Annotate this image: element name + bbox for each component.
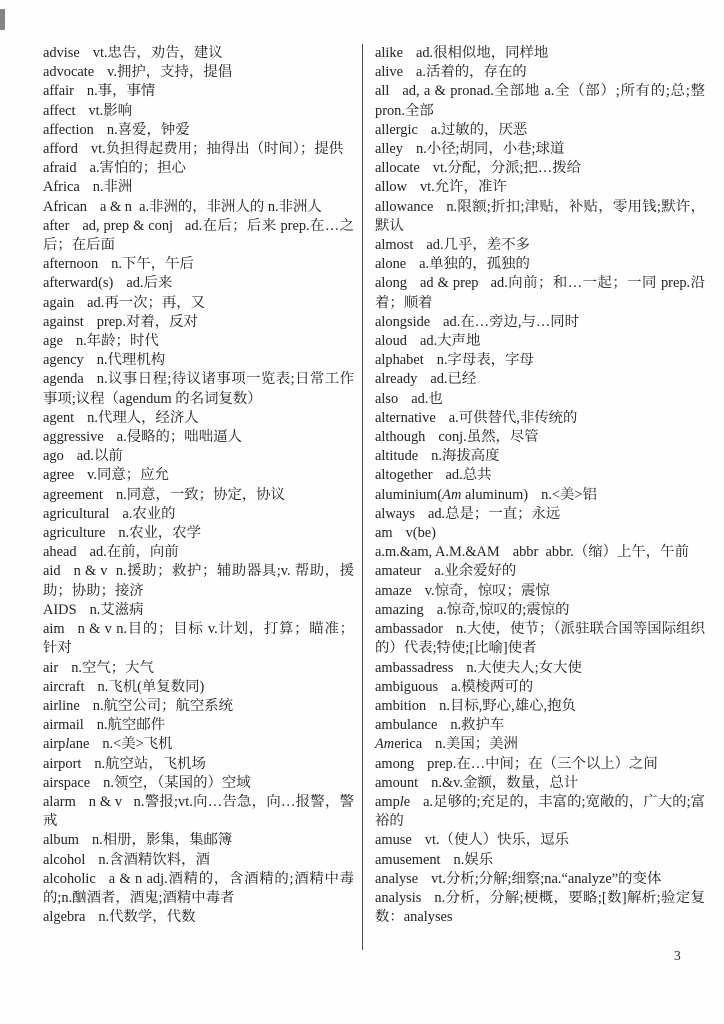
entry-definition: a.足够的;充足的，丰富的;宽敞的，广大的;富裕的 (375, 794, 705, 829)
entry-definition: a.惊奇,惊叹的;震惊的 (437, 602, 570, 618)
entry-word: African (43, 199, 87, 215)
entry-word: alphabet (375, 352, 424, 368)
dict-entry: alongsidead.在…旁边,与…同时 (375, 313, 705, 332)
entry-definition: vt.允许，准许 (420, 179, 507, 195)
entry-word: afternoon (43, 256, 98, 272)
dict-entry: alleyn.小径;胡同，小巷;球道 (375, 140, 705, 159)
right-column: alikead.很相似地，同样地alivea.活着的，存在的allad, a &… (375, 44, 705, 927)
dict-entry: airlinen.航空公司；航空系统 (43, 697, 354, 716)
entry-definition: a.可供替代,非传统的 (449, 410, 578, 426)
dict-entry: affectvt.影响 (43, 102, 354, 121)
dict-entry: alikead.很相似地，同样地 (375, 44, 705, 63)
entry-word: advise (43, 45, 80, 61)
entry-definition: vt.忠告，劝告，建议 (93, 45, 223, 61)
dict-entry: amateura.业余爱好的 (375, 562, 705, 581)
dict-entry: airspacen.领空，（某国的）空域 (43, 774, 354, 793)
entry-definition: ad.总共 (446, 467, 492, 483)
entry-definition: a.过敏的，厌恶 (431, 122, 527, 138)
scan-artifact (0, 9, 5, 30)
entry-word: altitude (375, 448, 418, 464)
entry-definition: ad, a & pronad.全部地 a.全（部）;所有的;总;整 pron.全… (375, 83, 709, 118)
entry-definition: v.同意；应允 (87, 467, 169, 483)
entry-definition: ad.大声地 (420, 333, 480, 349)
entry-word: already (375, 371, 417, 387)
dict-entry: affordvt.负担得起费用；抽得出（时间）；提供 (43, 140, 354, 159)
dict-entry: African.非洲 (43, 178, 354, 197)
entry-definition: a.业余爱好的 (434, 563, 516, 579)
dict-entry: ambitionn.目标,野心,雄心,抱负 (375, 697, 705, 716)
entry-word: airmail (43, 717, 84, 733)
dict-entry: afterad, prep & conj ad.在后；后来 prep.在…之后；… (43, 217, 354, 255)
entry-definition: n.代数学，代数 (98, 909, 195, 925)
entry-word: age (43, 333, 63, 349)
entry-definition: vt.负担得起费用；抽得出（时间）；提供 (91, 141, 343, 157)
dict-entry: a.m.&am, A.M.&AMabbr abbr.（缩）上午，午前 (375, 543, 705, 562)
entry-word: alternative (375, 410, 436, 426)
entry-definition: n.代理机构 (97, 352, 165, 368)
dict-entry: alreadyad.已经 (375, 370, 705, 389)
entry-definition: prep.对着，反对 (97, 314, 198, 330)
dict-entry: agencyn.代理机构 (43, 351, 354, 370)
dict-entry: alphabetn.字母表，字母 (375, 351, 705, 370)
dict-entry: altogetherad.总共 (375, 466, 705, 485)
entry-word: ahead (43, 544, 77, 560)
dict-entry: airn.空气；大气 (43, 659, 354, 678)
dict-entry: albumn.相册，影集，集邮簿 (43, 831, 354, 850)
dict-entry: airmailn.航空邮件 (43, 716, 354, 735)
dict-entry: amusevt.（使人）快乐，逗乐 (375, 831, 705, 850)
entry-definition: a.单独的，孤独的 (419, 256, 530, 272)
entry-definition: n & v n.目的；目标 v.计划，打算；瞄准；针对 (43, 621, 354, 656)
dict-entry: aluminium(Am aluminum)n.<美>铝 (375, 486, 705, 505)
entry-word: Africa (43, 179, 80, 195)
entry-definition: n.领空，（某国的）空域 (103, 775, 251, 791)
entry-word: alive (375, 64, 403, 80)
dict-entry: aimn & v n.目的；目标 v.计划，打算；瞄准；针对 (43, 620, 354, 658)
entry-word: allowance (375, 199, 433, 215)
dict-entry: alarmn & v n.警报;vt.向…告急，向…报警，警戒 (43, 793, 354, 831)
entry-word: aluminium(Am aluminum) (375, 487, 528, 503)
dict-entry: alwaysad.总是；一直；永远 (375, 505, 705, 524)
entry-definition: ad.几乎，差不多 (426, 237, 530, 253)
entry-definition: ad.后来 (126, 275, 172, 291)
entry-definition: n.航空邮件 (97, 717, 165, 733)
dict-entry: altituden.海拔高度 (375, 447, 705, 466)
entry-word: amusement (375, 852, 441, 868)
entry-definition: a & n a.非洲的，非洲人的 n.非洲人 (100, 199, 322, 215)
entry-definition: n.议事日程;待议诸事项一览表;日常工作事项;议程（agendum 的名词复数） (43, 371, 354, 406)
dict-entry: ambulancen.救护车 (375, 716, 705, 735)
entry-word: against (43, 314, 84, 330)
dict-entry: airplanen.<美>飞机 (43, 735, 354, 754)
entry-word: amateur (375, 563, 421, 579)
entry-word: ago (43, 448, 64, 464)
entry-word: ambassador (375, 621, 443, 637)
dict-entry: aheadad.在前，向前 (43, 543, 354, 562)
entry-word: afterward(s) (43, 275, 113, 291)
entry-word: amount (375, 775, 418, 791)
entry-definition: n.字母表，字母 (437, 352, 534, 368)
entry-definition: conj.虽然，尽管 (438, 429, 538, 445)
entry-definition: ad.在…旁边,与…同时 (443, 314, 579, 330)
dict-entry: affectionn.喜爱，钟爱 (43, 121, 354, 140)
dict-entry: airportn.航空站，飞机场 (43, 755, 354, 774)
entry-definition: v(be) (406, 525, 436, 541)
entry-definition: n.相册，影集，集邮簿 (92, 832, 232, 848)
dict-entry: allad, a & pronad.全部地 a.全（部）;所有的;总;整 pro… (375, 82, 705, 120)
entry-word: aim (43, 621, 65, 637)
entry-word: among (375, 756, 414, 772)
dictionary-page: advisevt.忠告，劝告，建议advocatev.拥护，支持，提倡affai… (0, 0, 724, 1024)
entry-word: ambiguous (375, 679, 438, 695)
dict-entry: Africana & n a.非洲的，非洲人的 n.非洲人 (43, 198, 354, 217)
entry-definition: n & v n.警报;vt.向…告急，向…报警，警戒 (43, 794, 354, 829)
entry-definition: n.喜爱，钟爱 (107, 122, 190, 138)
entry-word: again (43, 295, 74, 311)
entry-definition: a.活着的，存在的 (416, 64, 527, 80)
dict-entry: aidn & v n.援助；救护；辅助器具;v. 帮助，援助；协助；接济 (43, 562, 354, 600)
entry-word: am (375, 525, 393, 541)
entry-word: aid (43, 563, 61, 579)
entry-word: affection (43, 122, 94, 138)
entry-definition: a.模棱两可的 (451, 679, 533, 695)
entry-definition: n.农业，农学 (118, 525, 201, 541)
dict-entry: agen.年龄；时代 (43, 332, 354, 351)
dict-entry: amusementn.娱乐 (375, 851, 705, 870)
dict-entry: agriculturen.农业，农学 (43, 524, 354, 543)
dict-entry: ambiguousa.模棱两可的 (375, 678, 705, 697)
dict-entry: alongad & prep ad.向前；和…一起；一同 prep.沿着；顺着 (375, 274, 705, 312)
entry-definition: vt.分析;分解;细察;na.“analyze”的变体 (431, 871, 661, 887)
entry-definition: vt.影响 (88, 103, 132, 119)
entry-word: afford (43, 141, 78, 157)
dict-entry: advisevt.忠告，劝告，建议 (43, 44, 354, 63)
entry-definition: v.惊奇，惊叹；震惊 (425, 583, 550, 599)
entry-definition: a.害怕的；担心 (90, 160, 186, 176)
entry-definition: n.分析，分解;梗概，要略;[数]解析;验定复数：analyses (375, 890, 705, 925)
dict-entry: analysevt.分析;分解;细察;na.“analyze”的变体 (375, 870, 705, 889)
entry-word: alcoholic (43, 871, 96, 887)
dict-entry: allergica.过敏的，厌恶 (375, 121, 705, 140)
dict-entry: allowvt.允许，准许 (375, 178, 705, 197)
entry-word: album (43, 832, 79, 848)
dict-entry: agoad.以前 (43, 447, 354, 466)
dict-entry: agendan.议事日程;待议诸事项一览表;日常工作事项;议程（agendum … (43, 370, 354, 408)
entry-word: agenda (43, 371, 84, 387)
dict-entry: agreementn.同意，一致；协定，协议 (43, 486, 354, 505)
entry-word: along (375, 275, 407, 291)
entry-word: airport (43, 756, 81, 772)
entry-definition: n.<美>飞机 (102, 736, 172, 752)
dict-entry: agriculturala.农业的 (43, 505, 354, 524)
entry-definition: n.空气；大气 (71, 660, 154, 676)
entry-word: alongside (375, 314, 430, 330)
dict-entry: amv(be) (375, 524, 705, 543)
dict-entry: aggressivea.侵略的；咄咄逼人 (43, 428, 354, 447)
entry-word: alike (375, 45, 403, 61)
dict-entry: againstprep.对着，反对 (43, 313, 354, 332)
entry-word: almost (375, 237, 413, 253)
dict-entry: aloudad.大声地 (375, 332, 705, 351)
entry-word: airplane (43, 736, 89, 752)
column-divider (362, 44, 363, 950)
entry-definition: n.&v.金额，数量，总计 (431, 775, 578, 791)
entry-word: ambassadress (375, 660, 453, 676)
entry-word: afraid (43, 160, 77, 176)
entry-definition: n.海拔高度 (431, 448, 499, 464)
dict-entry: althoughconj.虽然，尽管 (375, 428, 705, 447)
entry-word: airspace (43, 775, 90, 791)
dict-entry: alcoholica & n adj.酒精的，含酒精的;酒精中毒的;n.酗酒者，… (43, 870, 354, 908)
dict-entry: almostad.几乎，差不多 (375, 236, 705, 255)
entry-definition: ad.再一次；再，又 (87, 295, 205, 311)
entry-definition: a.侵略的；咄咄逼人 (117, 429, 242, 445)
dict-entry: alcoholn.含酒精饮料，酒 (43, 851, 354, 870)
dict-entry: agentn.代理人，经济人 (43, 409, 354, 428)
dict-entry: alivea.活着的，存在的 (375, 63, 705, 82)
page-number: 3 (674, 948, 681, 964)
dict-entry: alternativea.可供替代,非传统的 (375, 409, 705, 428)
dict-entry: AIDSn.艾滋病 (43, 601, 354, 620)
dict-entry: alonea.单独的，孤独的 (375, 255, 705, 274)
entry-definition: n.大使夫人;女大使 (466, 660, 582, 676)
entry-word: allow (375, 179, 407, 195)
dict-entry: allocatevt.分配，分派;把…拨给 (375, 159, 705, 178)
entry-word: advocate (43, 64, 94, 80)
dict-entry: affairn.事，事情 (43, 82, 354, 101)
entry-word: agriculture (43, 525, 105, 541)
entry-word: air (43, 660, 58, 676)
dict-entry: alsoad.也 (375, 390, 705, 409)
entry-definition: n.美国；美洲 (435, 736, 518, 752)
entry-word: AIDS (43, 602, 77, 618)
dict-entry: American.美国；美洲 (375, 735, 705, 754)
entry-definition: n.含酒精饮料，酒 (98, 852, 210, 868)
entry-word: a.m.&am, A.M.&AM (375, 544, 500, 560)
entry-word: aloud (375, 333, 407, 349)
entry-word: agricultural (43, 506, 109, 522)
entry-word: ambition (375, 698, 426, 714)
entry-word: affect (43, 103, 75, 119)
entry-definition: prep.在…中间；在（三个以上）之间 (427, 756, 658, 772)
left-column: advisevt.忠告，劝告，建议advocatev.拥护，支持，提倡affai… (43, 44, 354, 927)
entry-word: amazing (375, 602, 424, 618)
entry-word: ample (375, 794, 410, 810)
dict-entry: aircraftn.飞机(单复数同) (43, 678, 354, 697)
entry-definition: n & v n.援助；救护；辅助器具;v. 帮助，援助；协助；接济 (43, 563, 354, 598)
dict-entry: algebran.代数学，代数 (43, 908, 354, 927)
entry-word: analyse (375, 871, 418, 887)
dict-entry: amplea.足够的;充足的，丰富的;宽敞的，广大的;富裕的 (375, 793, 705, 831)
entry-definition: ad.总是；一直；永远 (428, 506, 560, 522)
entry-word: aircraft (43, 679, 85, 695)
dict-entry: afternoonn.下午，午后 (43, 255, 354, 274)
entry-definition: ad.已经 (430, 371, 476, 387)
entry-definition: ad, prep & conj ad.在后；后来 prep.在…之后；在后面 (43, 218, 354, 253)
dict-entry: analysisn.分析，分解;梗概，要略;[数]解析;验定复数：analyse… (375, 889, 705, 927)
entry-word: amaze (375, 583, 412, 599)
dict-entry: agreev.同意；应允 (43, 466, 354, 485)
entry-word: alley (375, 141, 403, 157)
entry-word: agreement (43, 487, 103, 503)
entry-word: ambulance (375, 717, 437, 733)
dict-entry: ambassadressn.大使夫人;女大使 (375, 659, 705, 678)
entry-definition: n.目标,野心,雄心,抱负 (439, 698, 576, 714)
entry-word: altogether (375, 467, 433, 483)
entry-word: after (43, 218, 69, 234)
dict-entry: allowancen.限额;折扣;津贴，补贴，零用钱;默许，默认 (375, 198, 705, 236)
dict-entry: afraida.害怕的；担心 (43, 159, 354, 178)
dict-entry: amazinga.惊奇,惊叹的;震惊的 (375, 601, 705, 620)
entry-word: allocate (375, 160, 420, 176)
entry-definition: v.拥护，支持，提倡 (107, 64, 232, 80)
entry-definition: n.同意，一致；协定，协议 (116, 487, 285, 503)
entry-word: all (375, 83, 389, 99)
dict-entry: againad.再一次；再，又 (43, 294, 354, 313)
entry-word: agree (43, 467, 74, 483)
entry-definition: n.航空站，飞机场 (94, 756, 206, 772)
entry-definition: ad.以前 (77, 448, 123, 464)
entry-definition: ad & prep ad.向前；和…一起；一同 prep.沿着；顺着 (375, 275, 705, 310)
entry-definition: n.下午，午后 (111, 256, 194, 272)
entry-word: alarm (43, 794, 76, 810)
entry-word: alone (375, 256, 406, 272)
dict-entry: afterward(s)ad.后来 (43, 274, 354, 293)
entry-word: airline (43, 698, 80, 714)
entry-word: analysis (375, 890, 421, 906)
entry-word: amuse (375, 832, 412, 848)
entry-word: affair (43, 83, 74, 99)
entry-definition: n.小径;胡同，小巷;球道 (416, 141, 564, 157)
entry-definition: n.年龄；时代 (76, 333, 159, 349)
entry-definition: n.飞机(单复数同) (98, 679, 205, 695)
entry-word: alcohol (43, 852, 85, 868)
entry-definition: n.事，事情 (87, 83, 155, 99)
entry-definition: n.救护车 (450, 717, 504, 733)
entry-definition: ad.在前，向前 (90, 544, 179, 560)
entry-word: allergic (375, 122, 418, 138)
entry-word: America (375, 736, 422, 752)
entry-word: agency (43, 352, 84, 368)
dict-entry: amazev.惊奇，惊叹；震惊 (375, 582, 705, 601)
entry-word: aggressive (43, 429, 104, 445)
entry-definition: ad.也 (411, 391, 443, 407)
entry-definition: n.代理人，经济人 (87, 410, 199, 426)
entry-definition: ad.很相似地，同样地 (416, 45, 548, 61)
entry-word: agent (43, 410, 74, 426)
dict-entry: advocatev.拥护，支持，提倡 (43, 63, 354, 82)
entry-word: also (375, 391, 398, 407)
entry-definition: n.<美>铝 (541, 487, 597, 503)
entry-definition: n.航空公司；航空系统 (93, 698, 233, 714)
entry-definition: abbr abbr.（缩）上午，午前 (513, 544, 689, 560)
entry-definition: n.娱乐 (454, 852, 494, 868)
dict-entry: ambassadorn.大使，使节；（派驻联合国等国际组织的）代表;特使;[比喻… (375, 620, 705, 658)
entry-definition: n.艾滋病 (90, 602, 144, 618)
entry-definition: vt.分配，分派;把…拨给 (433, 160, 581, 176)
entry-word: although (375, 429, 425, 445)
dict-entry: amountn.&v.金额，数量，总计 (375, 774, 705, 793)
entry-word: algebra (43, 909, 85, 925)
dict-entry: amongprep.在…中间；在（三个以上）之间 (375, 755, 705, 774)
entry-word: always (375, 506, 415, 522)
entry-definition: n.非洲 (93, 179, 133, 195)
entry-definition: vt.（使人）快乐，逗乐 (425, 832, 569, 848)
entry-definition: a.农业的 (122, 506, 175, 522)
